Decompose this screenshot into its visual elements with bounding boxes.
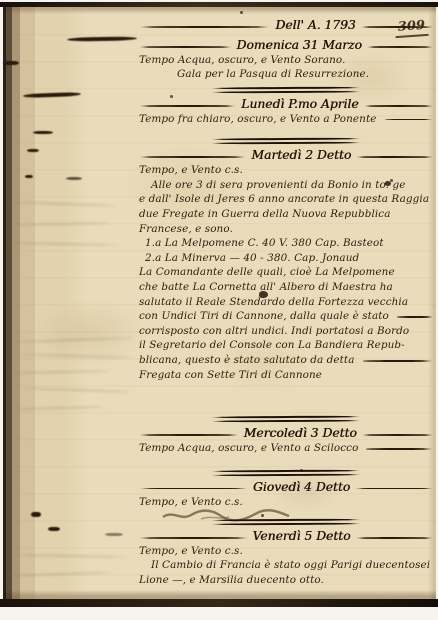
day-heading-row: Mercoledì 3 Detto — [139, 425, 433, 441]
heading-rule-right — [356, 156, 433, 158]
entry-lunedi-1-aprile: Lunedì P.mo Aprile Tempo fra chiaro, osc… — [139, 96, 433, 145]
day-heading: Mercoledì 3 Detto — [239, 425, 362, 441]
year-header-row: Dell' A. 1793 — [139, 17, 433, 33]
heading-rule-left — [139, 105, 236, 107]
ghost-writing — [21, 354, 133, 359]
journal-line: che batte La Cornetta all' Albero di Mae… — [139, 280, 433, 295]
entry-mercoledi-3-detto: Mercoledì 3 Detto Tempo Acqua, oscuro, e… — [139, 425, 433, 476]
ghost-writing — [23, 387, 131, 393]
heading-rule-right — [367, 46, 433, 48]
journal-line: con Undici Tiri di Cannone, dalla quale … — [139, 309, 433, 324]
separator-double-rule — [211, 469, 361, 477]
ghost-writing — [11, 370, 111, 374]
heading-rule-right — [361, 26, 433, 28]
ghost-writing — [13, 337, 133, 343]
journal-line: il Segretario del Console con La Bandier… — [139, 338, 433, 353]
journal-line: Francese, e sono. — [139, 222, 433, 237]
heading-rule-right — [356, 537, 434, 539]
entry-giovedi-4-detto: Giovedì 4 Detto Tempo, e Vento c.s. — [139, 479, 433, 526]
entry-domenica-31-marzo: Domenica 31 Marzo Tempo Acqua, oscuro, e… — [139, 37, 433, 94]
bleed-through-mark — [33, 131, 53, 134]
heading-rule-left — [139, 434, 239, 436]
day-heading-row: Martedì 2 Detto — [139, 147, 433, 163]
day-heading-row: Venerdì 5 Detto — [139, 528, 433, 544]
bleed-through-mark — [31, 512, 41, 517]
bleed-through-mark — [3, 61, 19, 65]
heading-rule-left — [139, 156, 246, 158]
journal-line: blicana, questo è stato salutato da dett… — [139, 353, 433, 368]
year-header: Dell' A. 1793 — [270, 17, 360, 33]
journal-line: corrisposto con altri undici. Indi porta… — [139, 324, 433, 339]
bleed-through-mark — [67, 36, 137, 41]
journal-line: e dall' Isole di Jeres 6 anno ancorate i… — [139, 192, 433, 207]
journal-line: Il Cambio di Francia è stato oggi Parigi… — [139, 558, 433, 572]
ghost-writing — [9, 242, 119, 246]
bleed-through-mark — [105, 533, 123, 536]
manuscript-scan: 309 Dell' A. 1793 Domenica 31 Marzo Temp… — [0, 0, 438, 620]
journal-line: Tempo, e Vento c.s. — [139, 495, 433, 509]
heading-rule-left — [139, 537, 248, 539]
manuscript-page: 309 Dell' A. 1793 Domenica 31 Marzo Temp… — [3, 7, 436, 599]
ghost-writing — [13, 571, 113, 576]
bleed-through-mark — [27, 149, 39, 152]
journal-line: Tempo fra chiaro, oscuro, e Vento a Pone… — [139, 112, 433, 126]
book-edge-bottom — [0, 599, 438, 607]
heading-rule-left — [139, 26, 270, 28]
journal-line: salutato il Reale Stendardo della Fortez… — [139, 295, 433, 310]
journal-line-text: Tempo fra chiaro, oscuro, e Vento a Pone… — [139, 112, 377, 126]
separator-double-rule — [211, 86, 361, 94]
entry-martedi-2-detto: Martedì 2 Detto Tempo, e Vento c.s. Alle… — [139, 147, 433, 423]
day-heading: Venerdì 5 Detto — [248, 528, 356, 544]
bleed-through-mark — [25, 175, 33, 178]
ghost-writing — [11, 201, 116, 207]
heading-rule-right — [362, 434, 433, 436]
separator-double-rule — [211, 416, 361, 424]
separator-double-rule — [211, 138, 361, 146]
journal-line: Lione —, e Marsilia duecento otto. — [139, 573, 433, 587]
journal-line: Tempo Acqua, oscuro, e Vento Sorano. — [139, 53, 433, 67]
journal-line: due Fregate in Guerra della Nuova Repubb… — [139, 207, 433, 222]
journal-line-text: blicana, questo è stato salutato da dett… — [139, 353, 355, 368]
ghost-writing — [15, 222, 110, 226]
ship-entry-line: 2.a La Minerva — 40 - 380. Cap. Jonaud — [145, 251, 433, 266]
journal-paragraph: Tempo, e Vento c.s. Alle ore 3 di sera p… — [139, 163, 433, 382]
separator-double-rule — [211, 519, 361, 527]
ghost-writing — [15, 406, 105, 410]
journal-line: Gala per la Pasqua di Resurrezione. — [177, 67, 433, 81]
journal-line: La Comandante delle quali, cioè La Melpo… — [139, 265, 433, 280]
journal-line: Tempo, e Vento c.s. — [139, 544, 433, 558]
day-heading: Domenica 31 Marzo — [232, 37, 367, 53]
day-heading-row: Domenica 31 Marzo — [139, 37, 433, 53]
journal-line-text: con Undici Tiri di Cannone, dalla quale … — [139, 309, 389, 324]
day-heading-row: Giovedì 4 Detto — [139, 479, 433, 495]
ghost-writing — [17, 554, 127, 558]
journal-line: Tempo Acqua, oscuro, e Vento a Scilocco — [139, 441, 433, 455]
journal-line: Tempo, e Vento c.s. — [139, 163, 433, 178]
heading-rule-left — [139, 488, 248, 490]
journal-line: Fregata con Sette Tiri di Cannone — [139, 368, 433, 383]
bleed-through-mark — [48, 527, 60, 531]
journal-content: Dell' A. 1793 Domenica 31 Marzo Tempo Ac… — [139, 7, 433, 587]
journal-line: Alle ore 3 di sera provenienti da Bonio … — [139, 178, 433, 193]
journal-line-text: Tempo Acqua, oscuro, e Vento a Scilocco — [139, 441, 358, 455]
heading-rule-right — [364, 105, 433, 107]
heading-rule-right — [355, 488, 433, 490]
entry-venerdi-5-detto: Venerdì 5 Detto Tempo, e Vento c.s. Il C… — [139, 528, 433, 587]
heading-rule-left — [139, 46, 232, 48]
bleed-through-mark — [23, 92, 81, 98]
day-heading: Martedì 2 Detto — [246, 147, 356, 163]
day-heading: Giovedì 4 Detto — [248, 479, 355, 495]
ship-entry-line: 1.a La Melpomene C. 40 V. 380 Cap. Baste… — [145, 236, 433, 251]
bleed-through-mark — [66, 177, 82, 180]
day-heading: Lunedì P.mo Aprile — [236, 96, 363, 112]
day-heading-row: Lunedì P.mo Aprile — [139, 96, 433, 112]
